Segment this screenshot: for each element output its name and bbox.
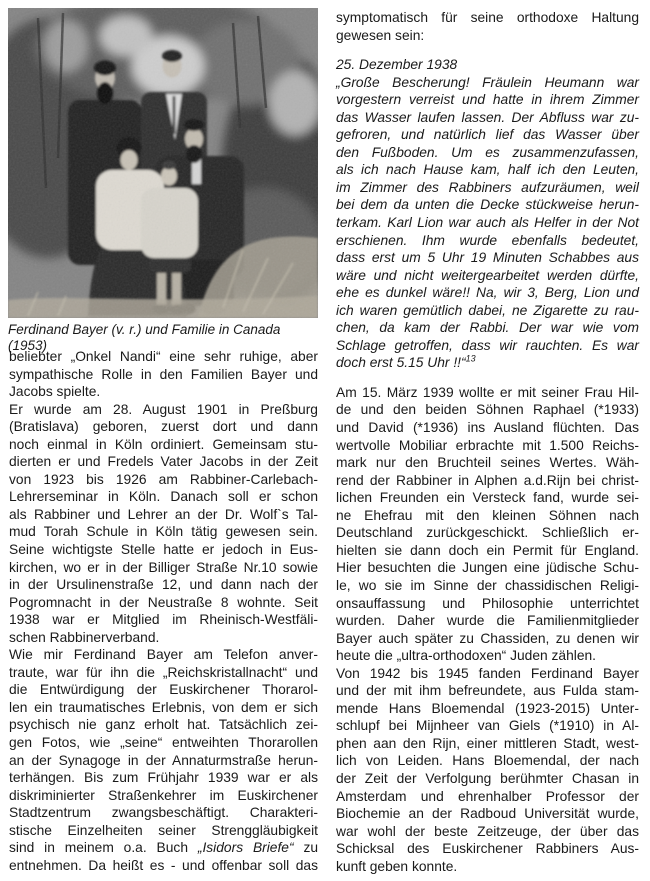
text-line: als Rabbiner und Lehrer an der Dr. Wolf`… (9, 506, 318, 524)
text-line: dass erst um 5 Uhr 19 Minuten Schabbes a… (336, 249, 639, 267)
family-photo-image (8, 8, 318, 318)
text-line: erschienen. Ihm wurde ebenfalls bedeutet… (336, 232, 639, 250)
paragraph: 25. Dezember 1938 (336, 56, 639, 74)
paragraph: Er wurde am 28. August 1901 in Preßburg(… (9, 401, 318, 647)
text-line: le, wo sie im Sinne der chassidischen Re… (336, 577, 639, 595)
text-line: gefroren, und natürlich lief das Wasser … (336, 126, 639, 144)
text-line: lichen Freunden ein Versteck fand, wurde… (336, 489, 639, 507)
text-line: schlupf bei Mijnheer van Giels (*1910) i… (336, 717, 639, 735)
text-line: die Entwürdigung der Euskirchener Thorar… (9, 681, 318, 699)
text-line: lich von Leiden. Hans Bloemendal, der na… (336, 752, 639, 770)
text-line: ich waren gemütlich dabei, ne Zigarette … (336, 302, 639, 320)
document-page: Ferdinand Bayer (v. r.) und Familie in C… (0, 0, 650, 881)
text-line: phen aan den Rijn, einer mittleren Stadt… (336, 735, 639, 753)
text-line: mark nur den Bruchteil seines Wertes. Wä… (336, 454, 639, 472)
text-line: Hier besuchten die Jungen eine jüdische … (336, 559, 639, 577)
text-line: in der Ursulinenstraße 12, und dann nach… (9, 576, 318, 594)
text-line: Wie mir Ferdinand Bayer am Telefon anver… (9, 646, 318, 664)
text-line: Jacobs spielte. (9, 383, 318, 401)
text-line: Schlage getroffen, dass wir rauchten. Es… (336, 337, 639, 355)
paragraph: symptomatisch für seine orthodoxe Haltun… (336, 9, 639, 44)
text-line: doch erst 5.15 Uhr !!“13 (336, 354, 639, 372)
text-line: im Zimmer des Rabbiners aufzuräumen, wei… (336, 179, 639, 197)
emphasized-text: „Isidors Briefe“ (198, 840, 294, 855)
paragraph: Am 15. März 1939 wollte er mit seiner Fr… (336, 384, 639, 665)
text-line: Biochemie an der Radboud Universität wur… (336, 805, 639, 823)
text-line: Seine wichtigste Stelle hatte er jedoch … (9, 541, 318, 559)
text-line: Bayer auch später zu Chassiden, zu denen… (336, 630, 639, 648)
text-line: wäre und nicht weitergearbeitet werden d… (336, 267, 639, 285)
text-line: (Bratislava) geboren, zuerst dort und da… (9, 418, 318, 436)
text-line: vorgestern verreist und hatte in ihrem Z… (336, 91, 639, 109)
text-line: terkam. Karl Lion war auch als Helfer in… (336, 214, 639, 232)
paragraph: Wie mir Ferdinand Bayer am Telefon anver… (9, 646, 318, 874)
text-line: den Fußboden. Um es zusammenzufassen, (336, 144, 639, 162)
family-photo (8, 8, 318, 318)
text-line: len ein traumatisches Erlebnis, von dem … (9, 699, 318, 717)
text-line: und David (*1936) ins Ausland flüchten. … (336, 419, 639, 437)
text-line: kirchen, wo er in der Billiger Straße Nr… (9, 559, 318, 577)
paragraph: „Große Bescherung! Fräulein Heumann warv… (336, 74, 639, 372)
text-line: Am 15. März 1939 wollte er mit seiner Fr… (336, 384, 639, 402)
text-line: „Große Bescherung! Fräulein Heumann war (336, 74, 639, 92)
paragraph: beliebter „Onkel Nandi“ eine sehr ruhige… (9, 348, 318, 401)
text-line: gen Fotos, wie „seine“ entweihten Thorar… (9, 734, 318, 752)
text-line: von 1923 bis 1926 am Rabbiner-Carlebach- (9, 471, 318, 489)
text-line: Pogromnacht in der Neustraße 8 wohnte. S… (9, 594, 318, 612)
text-line: kunft geben konnte. (336, 858, 639, 876)
text-line: beliebter „Onkel Nandi“ eine sehr ruhige… (9, 348, 318, 366)
text-line: Amsterdam und ehrenhalber Professor der (336, 788, 639, 806)
text-line: traute, war für ihn die „Reichskristalln… (9, 664, 318, 682)
text-line: gewesen sein: (336, 27, 639, 45)
text-line: 1938 war er Mitglied im Rheinisch-Westfä… (9, 611, 318, 629)
text-line: mud Torah Schule in Köln tätig gewesen s… (9, 523, 318, 541)
text-line: terhängen. Bis zum Frühjahr 1939 war er … (9, 769, 318, 787)
footnote-marker: 13 (466, 354, 476, 364)
left-column: beliebter „Onkel Nandi“ eine sehr ruhige… (9, 348, 318, 874)
text-line: wertvolle Mobiliar erbrachte mit 1.500 R… (336, 437, 639, 455)
text-line: dierten er und Fredels Vater Jacobs in d… (9, 453, 318, 471)
text-line: sympathische Rolle in den Familien Bayer… (9, 366, 318, 384)
text-line: Lehrerseminar in Köln. Danach soll er sc… (9, 488, 318, 506)
text-line: heute die „ultra-orthodoxen“ Juden zähle… (336, 647, 639, 665)
text-line: onsauffassung und Philosophie unterricht… (336, 595, 639, 613)
text-line: hielten sie dann doch ein Permit für Eng… (336, 542, 639, 560)
text-line: als ich nach Hause kam, half ich den Leu… (336, 161, 639, 179)
text-line: de und den beiden Söhnen Raphael (*1933) (336, 401, 639, 419)
text-line: ehe es dunkel wäre!! Na, wir 3, Berg, Li… (336, 284, 639, 302)
right-column: symptomatisch für seine orthodoxe Haltun… (336, 9, 639, 875)
text-line: bei dem da unten die Decke stückweise he… (336, 196, 639, 214)
text-line: Von 1942 bis 1945 fanden Ferdinand Bayer (336, 665, 639, 683)
paragraph: Von 1942 bis 1945 fanden Ferdinand Bayer… (336, 665, 639, 876)
text-line: Deutschland zurückgeschickt. Schließlich… (336, 524, 639, 542)
text-line: war wohl der beste Zeitzeuge, der über d… (336, 823, 639, 841)
text-line: Er wurde am 28. August 1901 in Preßburg (9, 401, 318, 419)
text-line: Stadtzentrum zwangsbeschäftigt. Charakte… (9, 804, 318, 822)
text-line: wurden. Daher wurde die Familienmitglied… (336, 612, 639, 630)
text-line: stische Einzelheiten seiner Strenggläubi… (9, 822, 318, 840)
text-line: entnehmen. Da heißt es - und offenbar so… (9, 857, 318, 875)
text-line: ne Ehefrau mit den kleinen Söhnen nach (336, 507, 639, 525)
text-line: 25. Dezember 1938 (336, 56, 639, 74)
text-line: mende Hans Bloemendal (1923-2015) Unter- (336, 700, 639, 718)
text-line: der Zeit der Verfolgung berühmter Chasan… (336, 770, 639, 788)
text-line: schen Rabbinerverband. (9, 629, 318, 647)
text-line: das Wasser laufen lassen. Der Abfluss wa… (336, 109, 639, 127)
text-line: psychisch nie ganz erholt hat. Tatsächli… (9, 716, 318, 734)
text-line: noch einmal in Köln ordiniert. Gemeinsam… (9, 436, 318, 454)
text-line: diskriminierter Straßenkehrer im Euskirc… (9, 787, 318, 805)
text-line: Schicksal des Euskirchener Rabbiners Aus… (336, 840, 639, 858)
text-line: sind in meinem o.a. Buch „Isidors Briefe… (9, 839, 318, 857)
text-line: symptomatisch für seine orthodoxe Haltun… (336, 9, 639, 27)
text-line: chen, da kam der Rabbi. Der war wie vom (336, 319, 639, 337)
text-line: rend der Rabbiner in Alphen a.d.Rijn bei… (336, 472, 639, 490)
text-line: und der mit ihm befreundete, aus Fulda s… (336, 682, 639, 700)
text-line: an der Synagoge in der Annaturmstraße he… (9, 752, 318, 770)
